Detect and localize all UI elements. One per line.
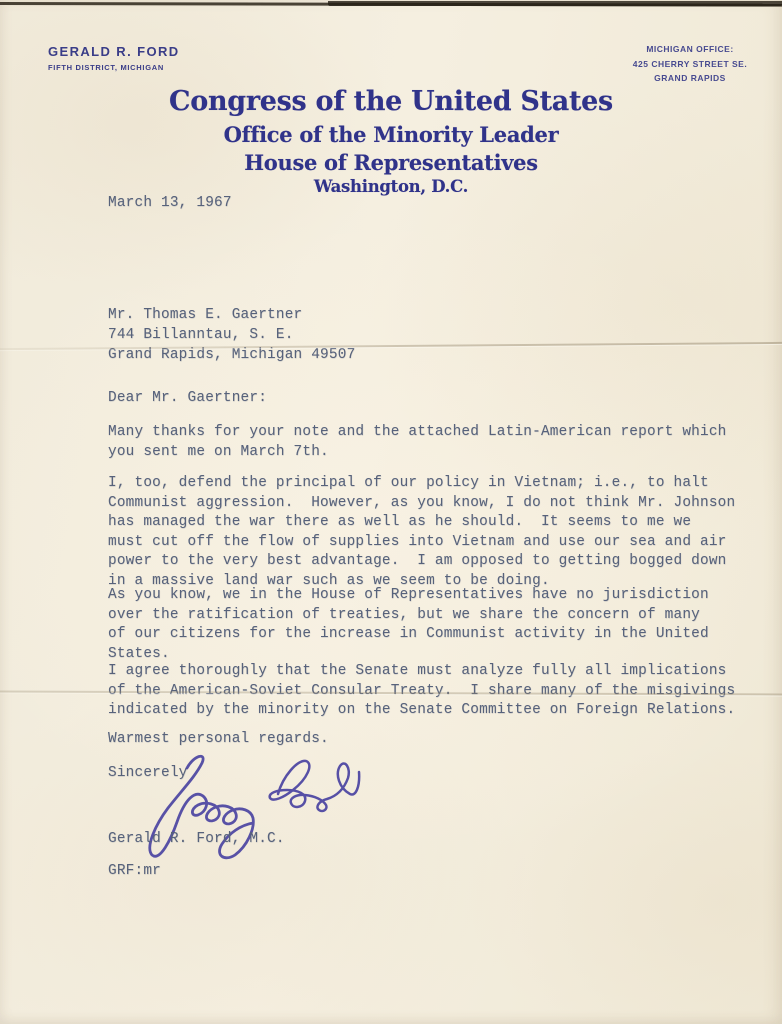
- letter-document: GERALD R. FORD FIFTH DISTRICT, MICHIGAN …: [0, 0, 782, 1024]
- masthead-house: House of Representatives: [0, 150, 782, 175]
- signed-name: Gerald R. Ford, M.C.: [108, 830, 285, 850]
- masthead-congress: Congress of the United States: [0, 86, 782, 117]
- body-paragraph-2: I, too, defend the principal of our poli…: [108, 474, 735, 591]
- closing-line: Warmest personal regards.: [108, 730, 329, 750]
- michigan-office-address: 425 CHERRY STREET SE.: [594, 57, 782, 72]
- recipient-address: Mr. Thomas E. Gaertner 744 Billanntau, S…: [108, 305, 355, 365]
- scan-edge-top-right: [328, 1, 782, 6]
- michigan-office-city: GRAND RAPIDS: [594, 71, 782, 86]
- date-line: March 13, 1967: [108, 194, 232, 214]
- sender-district: FIFTH DISTRICT, MICHIGAN: [48, 63, 180, 72]
- body-paragraph-3: As you know, we in the House of Represen…: [108, 586, 709, 664]
- michigan-office-label: MICHIGAN OFFICE:: [594, 42, 782, 57]
- letterhead-michigan-office-block: MICHIGAN OFFICE: 425 CHERRY STREET SE. G…: [594, 42, 782, 86]
- letterhead-sender-block: GERALD R. FORD FIFTH DISTRICT, MICHIGAN: [48, 44, 180, 72]
- masthead-minority-leader: Office of the Minority Leader: [0, 122, 782, 147]
- body-paragraph-4: I agree thoroughly that the Senate must …: [108, 662, 735, 721]
- valediction: Sincerely: [108, 764, 188, 784]
- body-paragraph-1: Many thanks for your note and the attach…: [108, 423, 727, 462]
- salutation: Dear Mr. Gaertner:: [108, 389, 267, 409]
- sender-name: GERALD R. FORD: [48, 44, 180, 59]
- typist-initials: GRF:mr: [108, 862, 161, 882]
